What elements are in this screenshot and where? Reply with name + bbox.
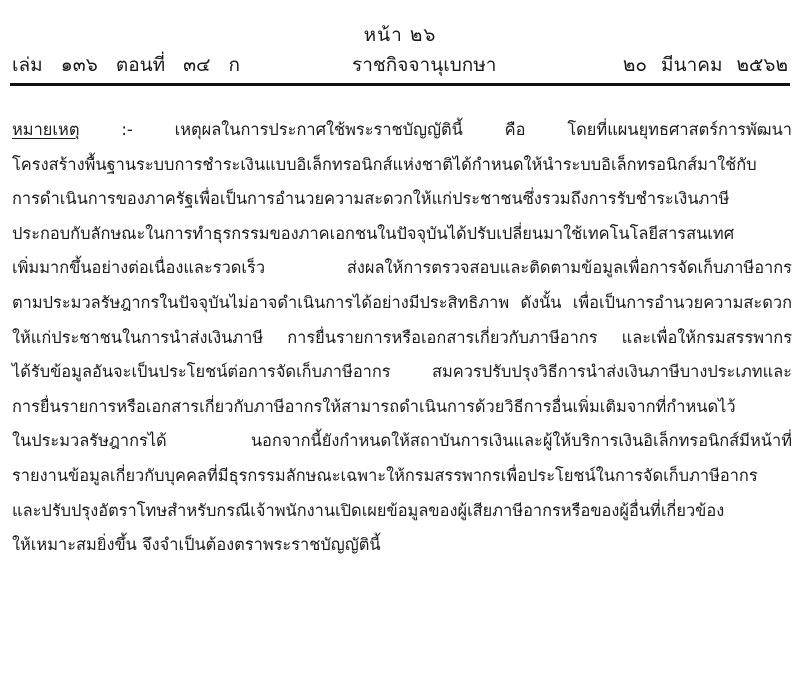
paragraph-line: ตามประมวลรัษฎากรในปัจจุบันไม่อาจดำเนินกา… xyxy=(12,286,792,321)
line-text: :- เหตุผลในการประกาศใช้พระราชบัญญัตินี้ … xyxy=(79,120,792,139)
page-number: หน้า ๒๖ xyxy=(0,20,800,50)
remark-label: หมายเหตุ xyxy=(12,120,79,139)
paragraph-line: การดำเนินการของภาครัฐเพื่อเป็นการอำนวยคว… xyxy=(12,182,792,217)
paragraph-line: ประกอบกับลักษณะในการทำธุรกรรมของภาคเอกชน… xyxy=(12,217,792,252)
paragraph-line: และปรับปรุงอัตราโทษสำหรับกรณีเจ้าพนักงาน… xyxy=(12,494,792,529)
publication-date: ๒๐ มีนาคม ๒๕๖๒ xyxy=(623,50,788,80)
volume-issue: เล่ม ๑๓๖ ตอนที่ ๓๔ ก xyxy=(12,50,240,80)
paragraph-line: หมายเหตุ :- เหตุผลในการประกาศใช้พระราชบั… xyxy=(12,113,792,148)
paragraph-line: ให้แก่ประชาชนในการนำส่งเงินภาษี การยื่นร… xyxy=(12,321,792,356)
remark-paragraph: หมายเหตุ :- เหตุผลในการประกาศใช้พระราชบั… xyxy=(12,113,792,563)
gazette-header: เล่ม ๑๓๖ ตอนที่ ๓๔ ก ราชกิจจานุเบกษา ๒๐ … xyxy=(12,50,788,76)
paragraph-line: ได้รับข้อมูลอันจะเป็นประโยชน์ต่อการจัดเก… xyxy=(12,355,792,390)
publication-title: ราชกิจจานุเบกษา xyxy=(352,50,496,80)
paragraph-line: เพิ่มมากขึ้นอย่างต่อเนื่องและรวดเร็ว ส่ง… xyxy=(12,251,792,286)
paragraph-line: ให้เหมาะสมยิ่งขึ้น จึงจำเป็นต้องตราพระรา… xyxy=(12,528,792,563)
paragraph-line: การยื่นรายการหรือเอกสารเกี่ยวกับภาษีอากร… xyxy=(12,390,792,425)
header-divider xyxy=(10,83,790,86)
paragraph-line: รายงานข้อมูลเกี่ยวกับบุคคลที่มีธุรกรรมลั… xyxy=(12,459,792,494)
paragraph-line: ในประมวลรัษฎากรได้ นอกจากนี้ยังกำหนดให้ส… xyxy=(12,424,792,459)
paragraph-line: โครงสร้างพื้นฐานระบบการชำระเงินแบบอิเล็ก… xyxy=(12,148,792,183)
